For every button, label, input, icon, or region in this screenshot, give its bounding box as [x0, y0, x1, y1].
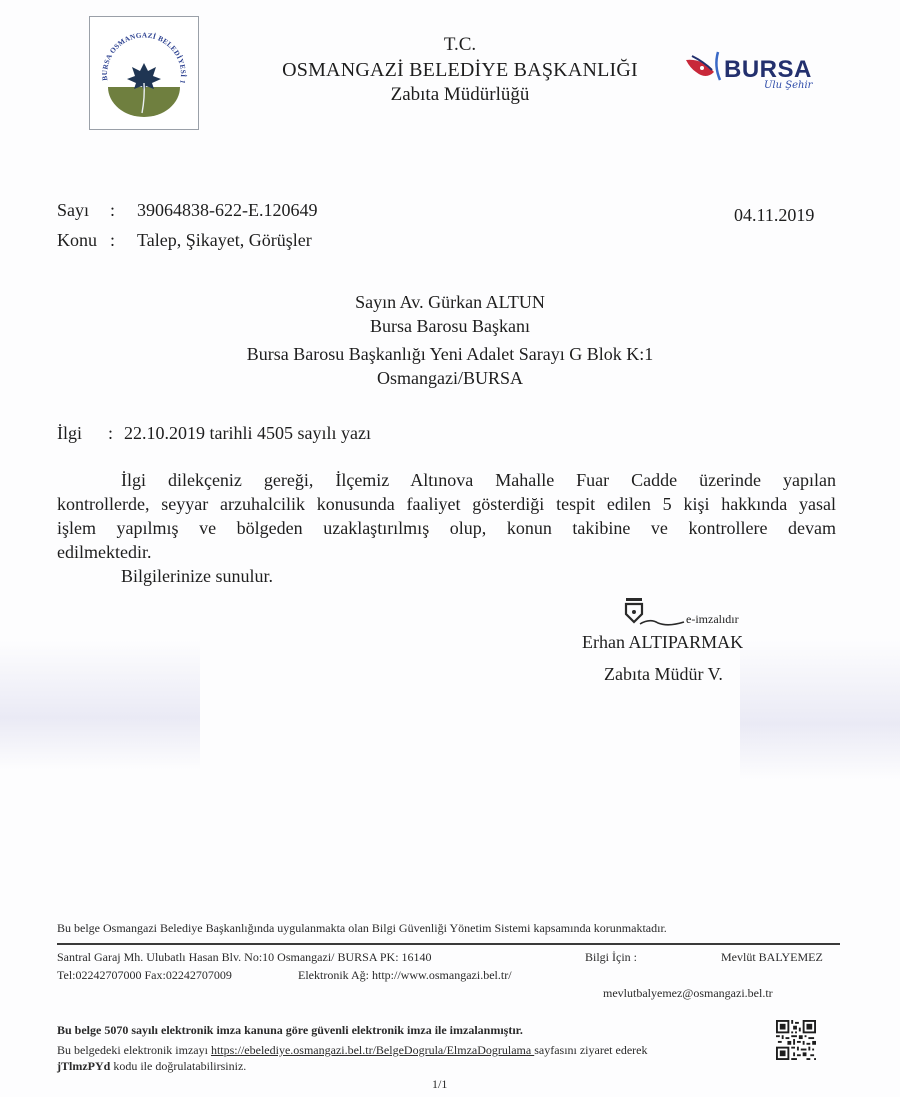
footer-website[interactable]: Elektronik Ağ: http://www.osmangazi.bel.…: [298, 968, 512, 983]
qr-code-icon: [776, 1020, 816, 1060]
ilgi-value: 22.10.2019 tarihli 4505 sayılı yazı: [124, 423, 371, 444]
info-name: Mevlüt BALYEMEZ: [721, 950, 823, 965]
body-line: edilmektedir.: [57, 540, 836, 564]
header-tc: T.C.: [270, 34, 650, 56]
recipient-city: Osmangazi/BURSA: [200, 368, 700, 389]
footer-phone-fax: Tel:02242707000 Fax:02242707009: [57, 968, 232, 983]
verify-line: Bu belgedeki elektronik imzayı https://e…: [57, 1043, 647, 1058]
e-sign-label: e-imzalıdır: [686, 612, 739, 627]
bursa-logo-subtitle: Ulu Şehir: [764, 80, 812, 91]
page-number: 1/1: [432, 1077, 447, 1092]
document-date: 04.11.2019: [734, 205, 814, 226]
verify-code: jTlmzPYd: [57, 1059, 110, 1073]
header-institution: OSMANGAZİ BELEDİYE BAŞKANLIĞI: [270, 59, 650, 82]
security-note: Bu belge Osmangazi Belediye Başkanlığınd…: [57, 921, 667, 936]
body-line: işlem yapılmış ve bölgeden uzaklaştırılm…: [57, 516, 836, 540]
verify-code-line: jTlmzPYd kodu ile doğrulatabilirsiniz.: [57, 1059, 246, 1074]
verify-prefix: Bu belgedeki elektronik imzayı: [57, 1043, 211, 1057]
signer-title: Zabıta Müdür V.: [604, 664, 723, 685]
info-email[interactable]: mevlutbalyemez@osmangazi.bel.tr: [603, 986, 773, 1001]
signer-name: Erhan ALTIPARMAK: [582, 632, 743, 653]
body-closing: Bilgilerinize sunulur.: [57, 564, 836, 588]
verify-suffix: sayfasını ziyaret ederek: [534, 1043, 647, 1057]
sayi-separator: :: [110, 200, 115, 221]
body-line: kontrollerde, seyyar arzuhalcilik konusu…: [57, 492, 836, 516]
verify-code-suffix: kodu ile doğrulatabilirsiniz.: [110, 1059, 246, 1073]
konu-value: Talep, Şikayet, Görüşler: [137, 230, 312, 251]
verify-url-link[interactable]: https://ebelediye.osmangazi.bel.tr/Belge…: [211, 1043, 534, 1057]
footer-address: Santral Garaj Mh. Ulubatlı Hasan Blv. No…: [57, 950, 432, 965]
recipient-title: Bursa Barosu Başkanı: [200, 316, 700, 337]
recipient-address: Bursa Barosu Başkanlığı Yeni Adalet Sara…: [200, 344, 700, 365]
sayi-label: Sayı: [57, 200, 89, 221]
tulip-logo-icon: [684, 50, 728, 90]
scan-shadow-left: [0, 640, 200, 770]
scan-shadow-right: [740, 640, 900, 780]
body-paragraph: İlgi dilekçeniz gereği, İlçemiz Altınova…: [57, 468, 836, 588]
header-department: Zabıta Müdürlüğü: [270, 84, 650, 106]
ilgi-separator: :: [108, 423, 113, 444]
konu-label: Konu: [57, 230, 97, 251]
recipient-name: Sayın Av. Gürkan ALTUN: [200, 292, 700, 313]
ilgi-label: İlgi: [57, 423, 82, 444]
footer-divider: [57, 943, 840, 945]
bursa-logo: BURSA Ulu Şehir: [682, 48, 842, 104]
osmangazi-municipality-logo: BURSA OSMANGAZİ BELEDİYESİ 1987: [89, 16, 199, 130]
body-line: İlgi dilekçeniz gereği, İlçemiz Altınova…: [57, 468, 836, 492]
esign-statement: Bu belge 5070 sayılı elektronik imza kan…: [57, 1023, 523, 1038]
konu-separator: :: [110, 230, 115, 251]
sayi-value: 39064838-622-E.120649: [137, 200, 317, 221]
info-label: Bilgi İçin :: [585, 950, 637, 965]
leaf-emblem-icon: BURSA OSMANGAZİ BELEDİYESİ 1987: [90, 17, 198, 129]
fountain-pen-icon: [624, 596, 688, 632]
